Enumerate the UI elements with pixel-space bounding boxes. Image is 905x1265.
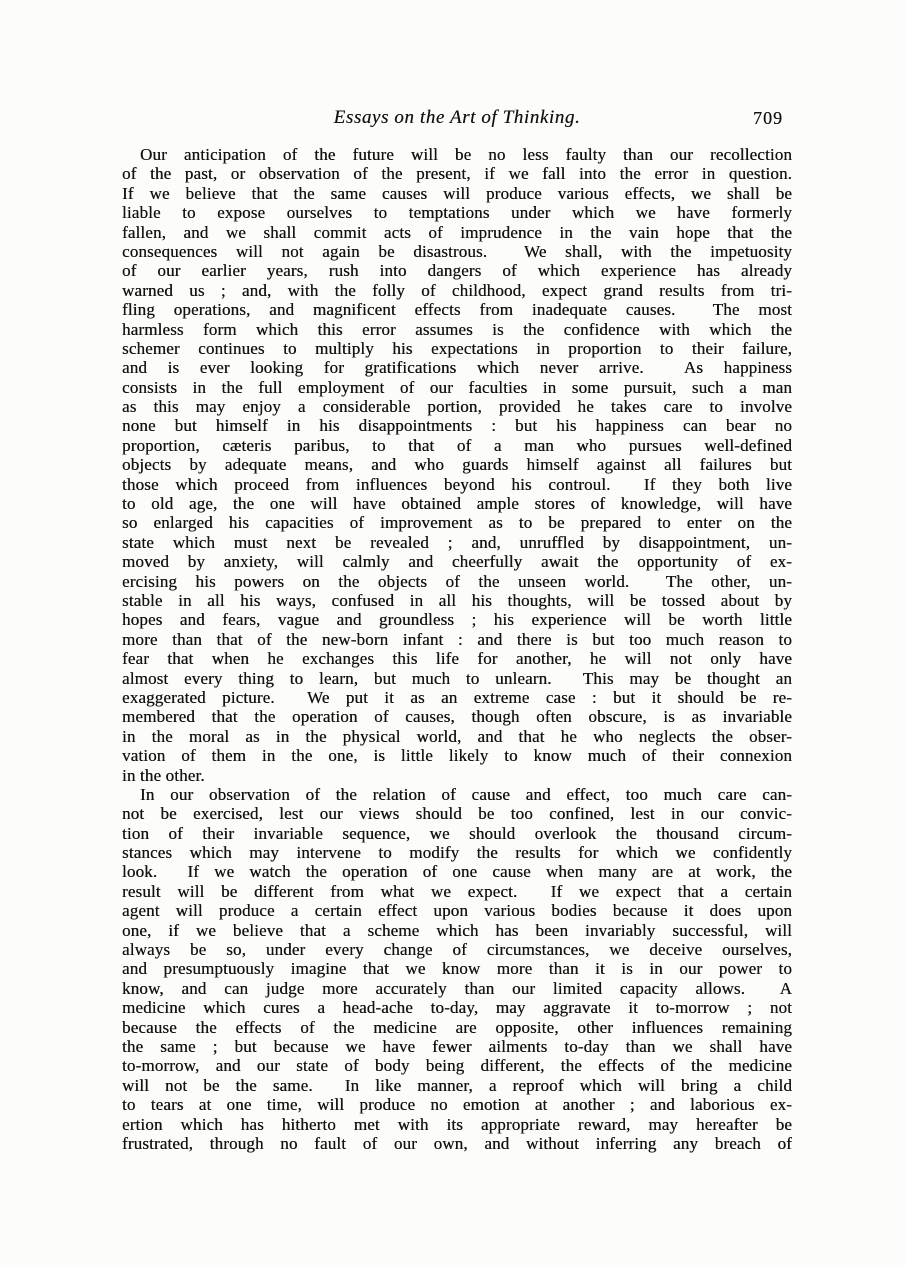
text-line: because the effects of the medicine are … [122, 1018, 792, 1037]
text-line: vation of them in the one, is little lik… [122, 746, 792, 765]
text-line: schemer continues to multiply his expect… [122, 339, 792, 358]
page-number: 709 [753, 108, 783, 129]
text-line: consists in the full employment of our f… [122, 378, 792, 397]
running-title: Essays on the Art of Thinking. [122, 107, 792, 129]
text-line: and presumptuously imagine that we know … [122, 959, 792, 978]
text-line: to old age, the one will have obtained a… [122, 494, 792, 513]
text-line: fear that when he exchanges this life fo… [122, 649, 792, 668]
text-line: result will be different from what we ex… [122, 882, 792, 901]
text-line: as this may enjoy a considerable portion… [122, 397, 792, 416]
text-line: hopes and fears, vague and groundless ; … [122, 610, 792, 629]
text-line: and is ever looking for gratifications w… [122, 358, 792, 377]
text-line: of our earlier years, rush into dangers … [122, 261, 792, 280]
text-line: exaggerated picture. We put it as an ext… [122, 688, 792, 707]
text-line: always be so, under every change of circ… [122, 940, 792, 959]
document-page: Essays on the Art of Thinking. 709 Our a… [0, 0, 905, 1265]
text-line: liable to expose ourselves to temptation… [122, 203, 792, 222]
text-line: frustrated, through no fault of our own,… [122, 1134, 792, 1153]
text-line: those which proceed from influences beyo… [122, 475, 792, 494]
text-line: more than that of the new-born infant : … [122, 630, 792, 649]
text-line: stances which may intervene to modify th… [122, 843, 792, 862]
text-line: will not be the same. In like manner, a … [122, 1076, 792, 1095]
text-line: consequences will not again be disastrou… [122, 242, 792, 261]
text-line: ertion which has hitherto met with its a… [122, 1115, 792, 1134]
text-line: of the past, or observation of the prese… [122, 164, 792, 183]
article-body: Our anticipation of the future will be n… [122, 145, 792, 1153]
page-header: Essays on the Art of Thinking. 709 [122, 107, 792, 133]
text-line: state which must next be revealed ; and,… [122, 533, 792, 552]
text-line: medicine which cures a head-ache to-day,… [122, 998, 792, 1017]
text-line: moved by anxiety, will calmly and cheerf… [122, 552, 792, 571]
text-line: in the moral as in the physical world, a… [122, 727, 792, 746]
text-line: to-morrow, and our state of body being d… [122, 1056, 792, 1075]
text-line: If we believe that the same causes will … [122, 184, 792, 203]
text-line: not be exercised, lest our views should … [122, 804, 792, 823]
text-line: know, and can judge more accurately than… [122, 979, 792, 998]
text-line: look. If we watch the operation of one c… [122, 862, 792, 881]
paragraph: Our anticipation of the future will be n… [122, 145, 792, 785]
text-line: membered that the operation of causes, t… [122, 707, 792, 726]
text-line: agent will produce a certain effect upon… [122, 901, 792, 920]
text-line: so enlarged his capacities of improvemen… [122, 513, 792, 532]
text-line: In our observation of the relation of ca… [122, 785, 792, 804]
text-line: objects by adequate means, and who guard… [122, 455, 792, 474]
text-line: to tears at one time, will produce no em… [122, 1095, 792, 1114]
text-line: almost every thing to learn, but much to… [122, 669, 792, 688]
text-line: fling operations, and magnificent effect… [122, 300, 792, 319]
text-line: the same ; but because we have fewer ail… [122, 1037, 792, 1056]
text-line: fallen, and we shall commit acts of impr… [122, 223, 792, 242]
text-line: proportion, cæteris paribus, to that of … [122, 436, 792, 455]
text-line: one, if we believe that a scheme which h… [122, 921, 792, 940]
paragraph: In our observation of the relation of ca… [122, 785, 792, 1153]
text-line: harmless form which this error assumes i… [122, 320, 792, 339]
text-line: none but himself in his disappointments … [122, 416, 792, 435]
text-line: in the other. [122, 766, 792, 785]
text-line: Our anticipation of the future will be n… [122, 145, 792, 164]
text-line: warned us ; and, with the folly of child… [122, 281, 792, 300]
text-line: stable in all his ways, confused in all … [122, 591, 792, 610]
text-line: tion of their invariable sequence, we sh… [122, 824, 792, 843]
text-line: ercising his powers on the objects of th… [122, 572, 792, 591]
